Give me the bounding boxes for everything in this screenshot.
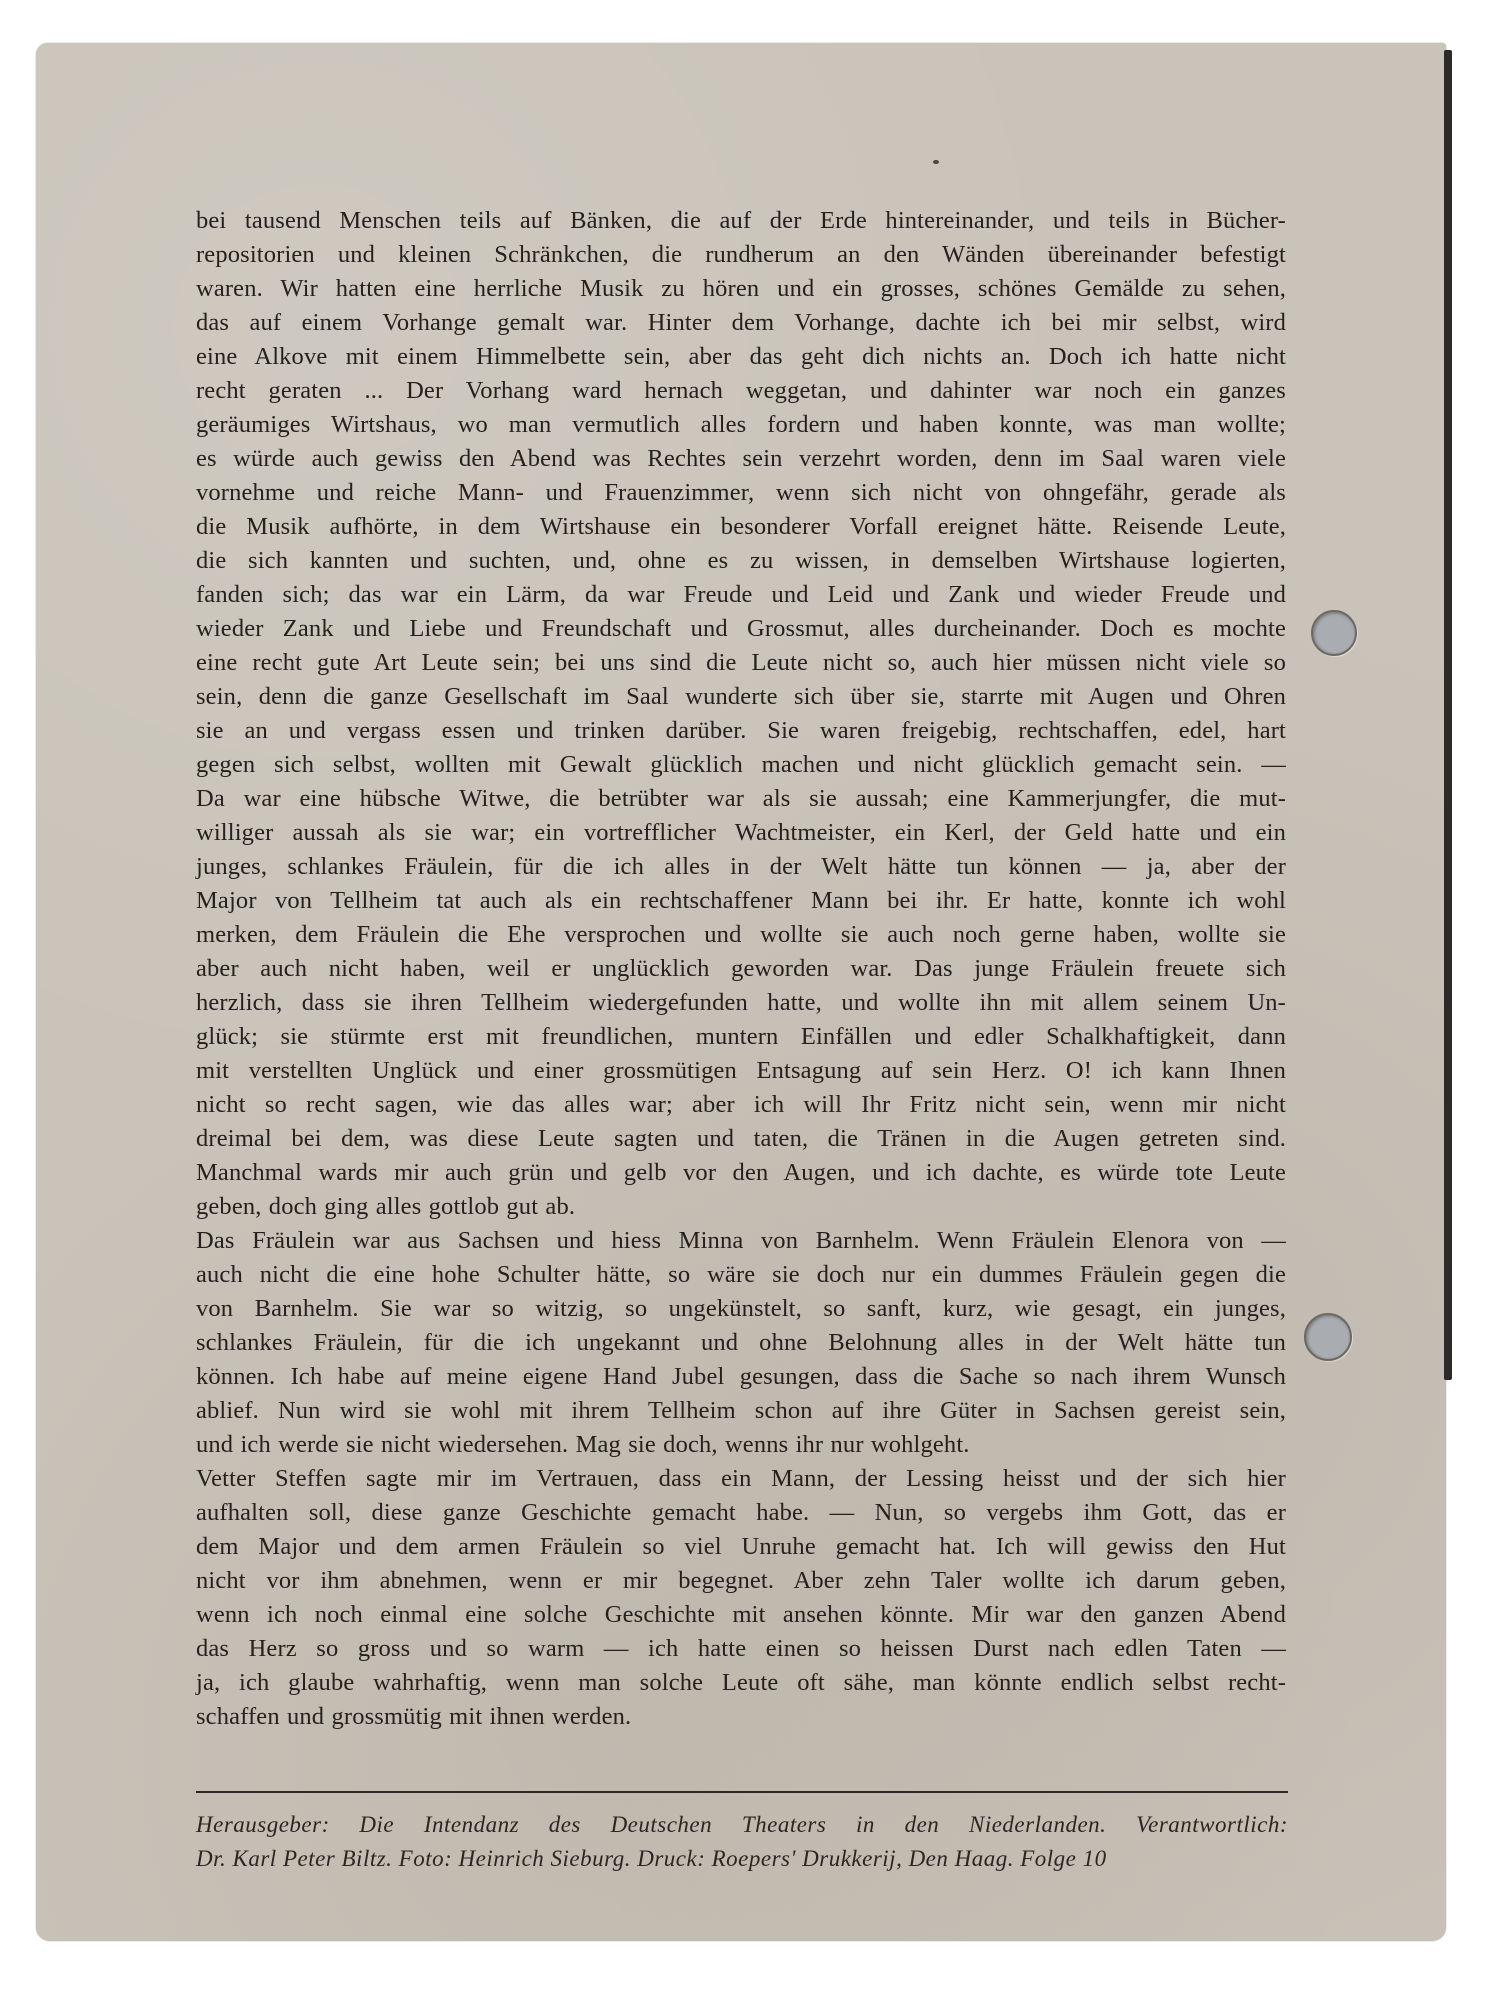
text-line: williger aussah als sie war; ein vortref… — [196, 816, 1286, 850]
text-line: auch nicht die eine hohe Schulter hätte,… — [196, 1258, 1286, 1292]
text-line: Vetter Steffen sagte mir im Vertrauen, d… — [196, 1462, 1286, 1496]
colophon: Herausgeber: Die Intendanz des Deutschen… — [196, 1808, 1288, 1876]
colophon-line-2: Dr. Karl Peter Biltz. Foto: Heinrich Sie… — [196, 1842, 1288, 1876]
colophon-line-1: Herausgeber: Die Intendanz des Deutschen… — [196, 1808, 1288, 1842]
paper-speck — [933, 160, 939, 164]
text-line: recht geraten ... Der Vorhang ward herna… — [196, 374, 1286, 408]
text-line: wenn ich noch einmal eine solche Geschic… — [196, 1598, 1286, 1632]
text-line: Das Fräulein war aus Sachsen und hiess M… — [196, 1224, 1286, 1258]
footer-rule — [196, 1791, 1288, 1793]
text-line: können. Ich habe auf meine eigene Hand J… — [196, 1360, 1286, 1394]
text-line: geräumiges Wirtshaus, wo man vermutlich … — [196, 408, 1286, 442]
text-line: nicht vor ihm abnehmen, wenn er mir bege… — [196, 1564, 1286, 1598]
text-line: herzlich, dass sie ihren Tellheim wieder… — [196, 986, 1286, 1020]
text-line: sein, denn die ganze Gesellschaft im Saa… — [196, 680, 1286, 714]
text-line: Da war eine hübsche Witwe, die betrübter… — [196, 782, 1286, 816]
text-line: die Musik aufhörte, in dem Wirtshause ei… — [196, 510, 1286, 544]
text-line: junges, schlankes Fräulein, für die ich … — [196, 850, 1286, 884]
text-line: waren. Wir hatten eine herrliche Musik z… — [196, 272, 1286, 306]
text-line: aber auch nicht haben, weil er unglückli… — [196, 952, 1286, 986]
text-line: das auf einem Vorhange gemalt war. Hinte… — [196, 306, 1286, 340]
text-line: mit verstellten Unglück und einer grossm… — [196, 1054, 1286, 1088]
text-line: glück; sie stürmte erst mit freundlichen… — [196, 1020, 1286, 1054]
text-line: wieder Zank und Liebe und Freundschaft u… — [196, 612, 1286, 646]
text-line: ja, ich glaube wahrhaftig, wenn man solc… — [196, 1666, 1286, 1700]
text-line: schaffen und grossmütig mit ihnen werden… — [196, 1700, 1286, 1734]
body-text: bei tausend Menschen teils auf Bänken, d… — [196, 204, 1286, 1734]
text-line: repositorien und kleinen Schränkchen, di… — [196, 238, 1286, 272]
text-line: aufhalten soll, diese ganze Geschichte g… — [196, 1496, 1286, 1530]
text-line: eine Alkove mit einem Himmelbette sein, … — [196, 340, 1286, 374]
text-line: Major von Tellheim tat auch als ein rech… — [196, 884, 1286, 918]
text-line: bei tausend Menschen teils auf Bänken, d… — [196, 204, 1286, 238]
text-line: eine recht gute Art Leute sein; bei uns … — [196, 646, 1286, 680]
text-line: die sich kannten und suchten, und, ohne … — [196, 544, 1286, 578]
text-line: das Herz so gross und so warm — ich hatt… — [196, 1632, 1286, 1666]
text-line: vornehme und reiche Mann- und Frauenzimm… — [196, 476, 1286, 510]
text-line: von Barnhelm. Sie war so witzig, so unge… — [196, 1292, 1286, 1326]
text-line: sie an und vergass essen und trinken dar… — [196, 714, 1286, 748]
text-line: es würde auch gewiss den Abend was Recht… — [196, 442, 1286, 476]
text-line: gegen sich selbst, wollten mit Gewalt gl… — [196, 748, 1286, 782]
text-line: schlankes Fräulein, für die ich ungekann… — [196, 1326, 1286, 1360]
punch-hole-upper — [1311, 610, 1357, 656]
text-line: dreimal bei dem, was diese Leute sagten … — [196, 1122, 1286, 1156]
text-line: merken, dem Fräulein die Ehe versprochen… — [196, 918, 1286, 952]
text-line: nicht so recht sagen, wie das alles war;… — [196, 1088, 1286, 1122]
page-edge-shadow — [1444, 50, 1452, 1380]
text-line: dem Major und dem armen Fräulein so viel… — [196, 1530, 1286, 1564]
text-line: geben, doch ging alles gottlob gut ab. — [196, 1190, 1286, 1224]
text-line: und ich werde sie nicht wiedersehen. Mag… — [196, 1428, 1286, 1462]
punch-hole-lower — [1304, 1313, 1352, 1361]
text-line: Manchmal wards mir auch grün und gelb vo… — [196, 1156, 1286, 1190]
text-line: fanden sich; das war ein Lärm, da war Fr… — [196, 578, 1286, 612]
text-line: ablief. Nun wird sie wohl mit ihrem Tell… — [196, 1394, 1286, 1428]
